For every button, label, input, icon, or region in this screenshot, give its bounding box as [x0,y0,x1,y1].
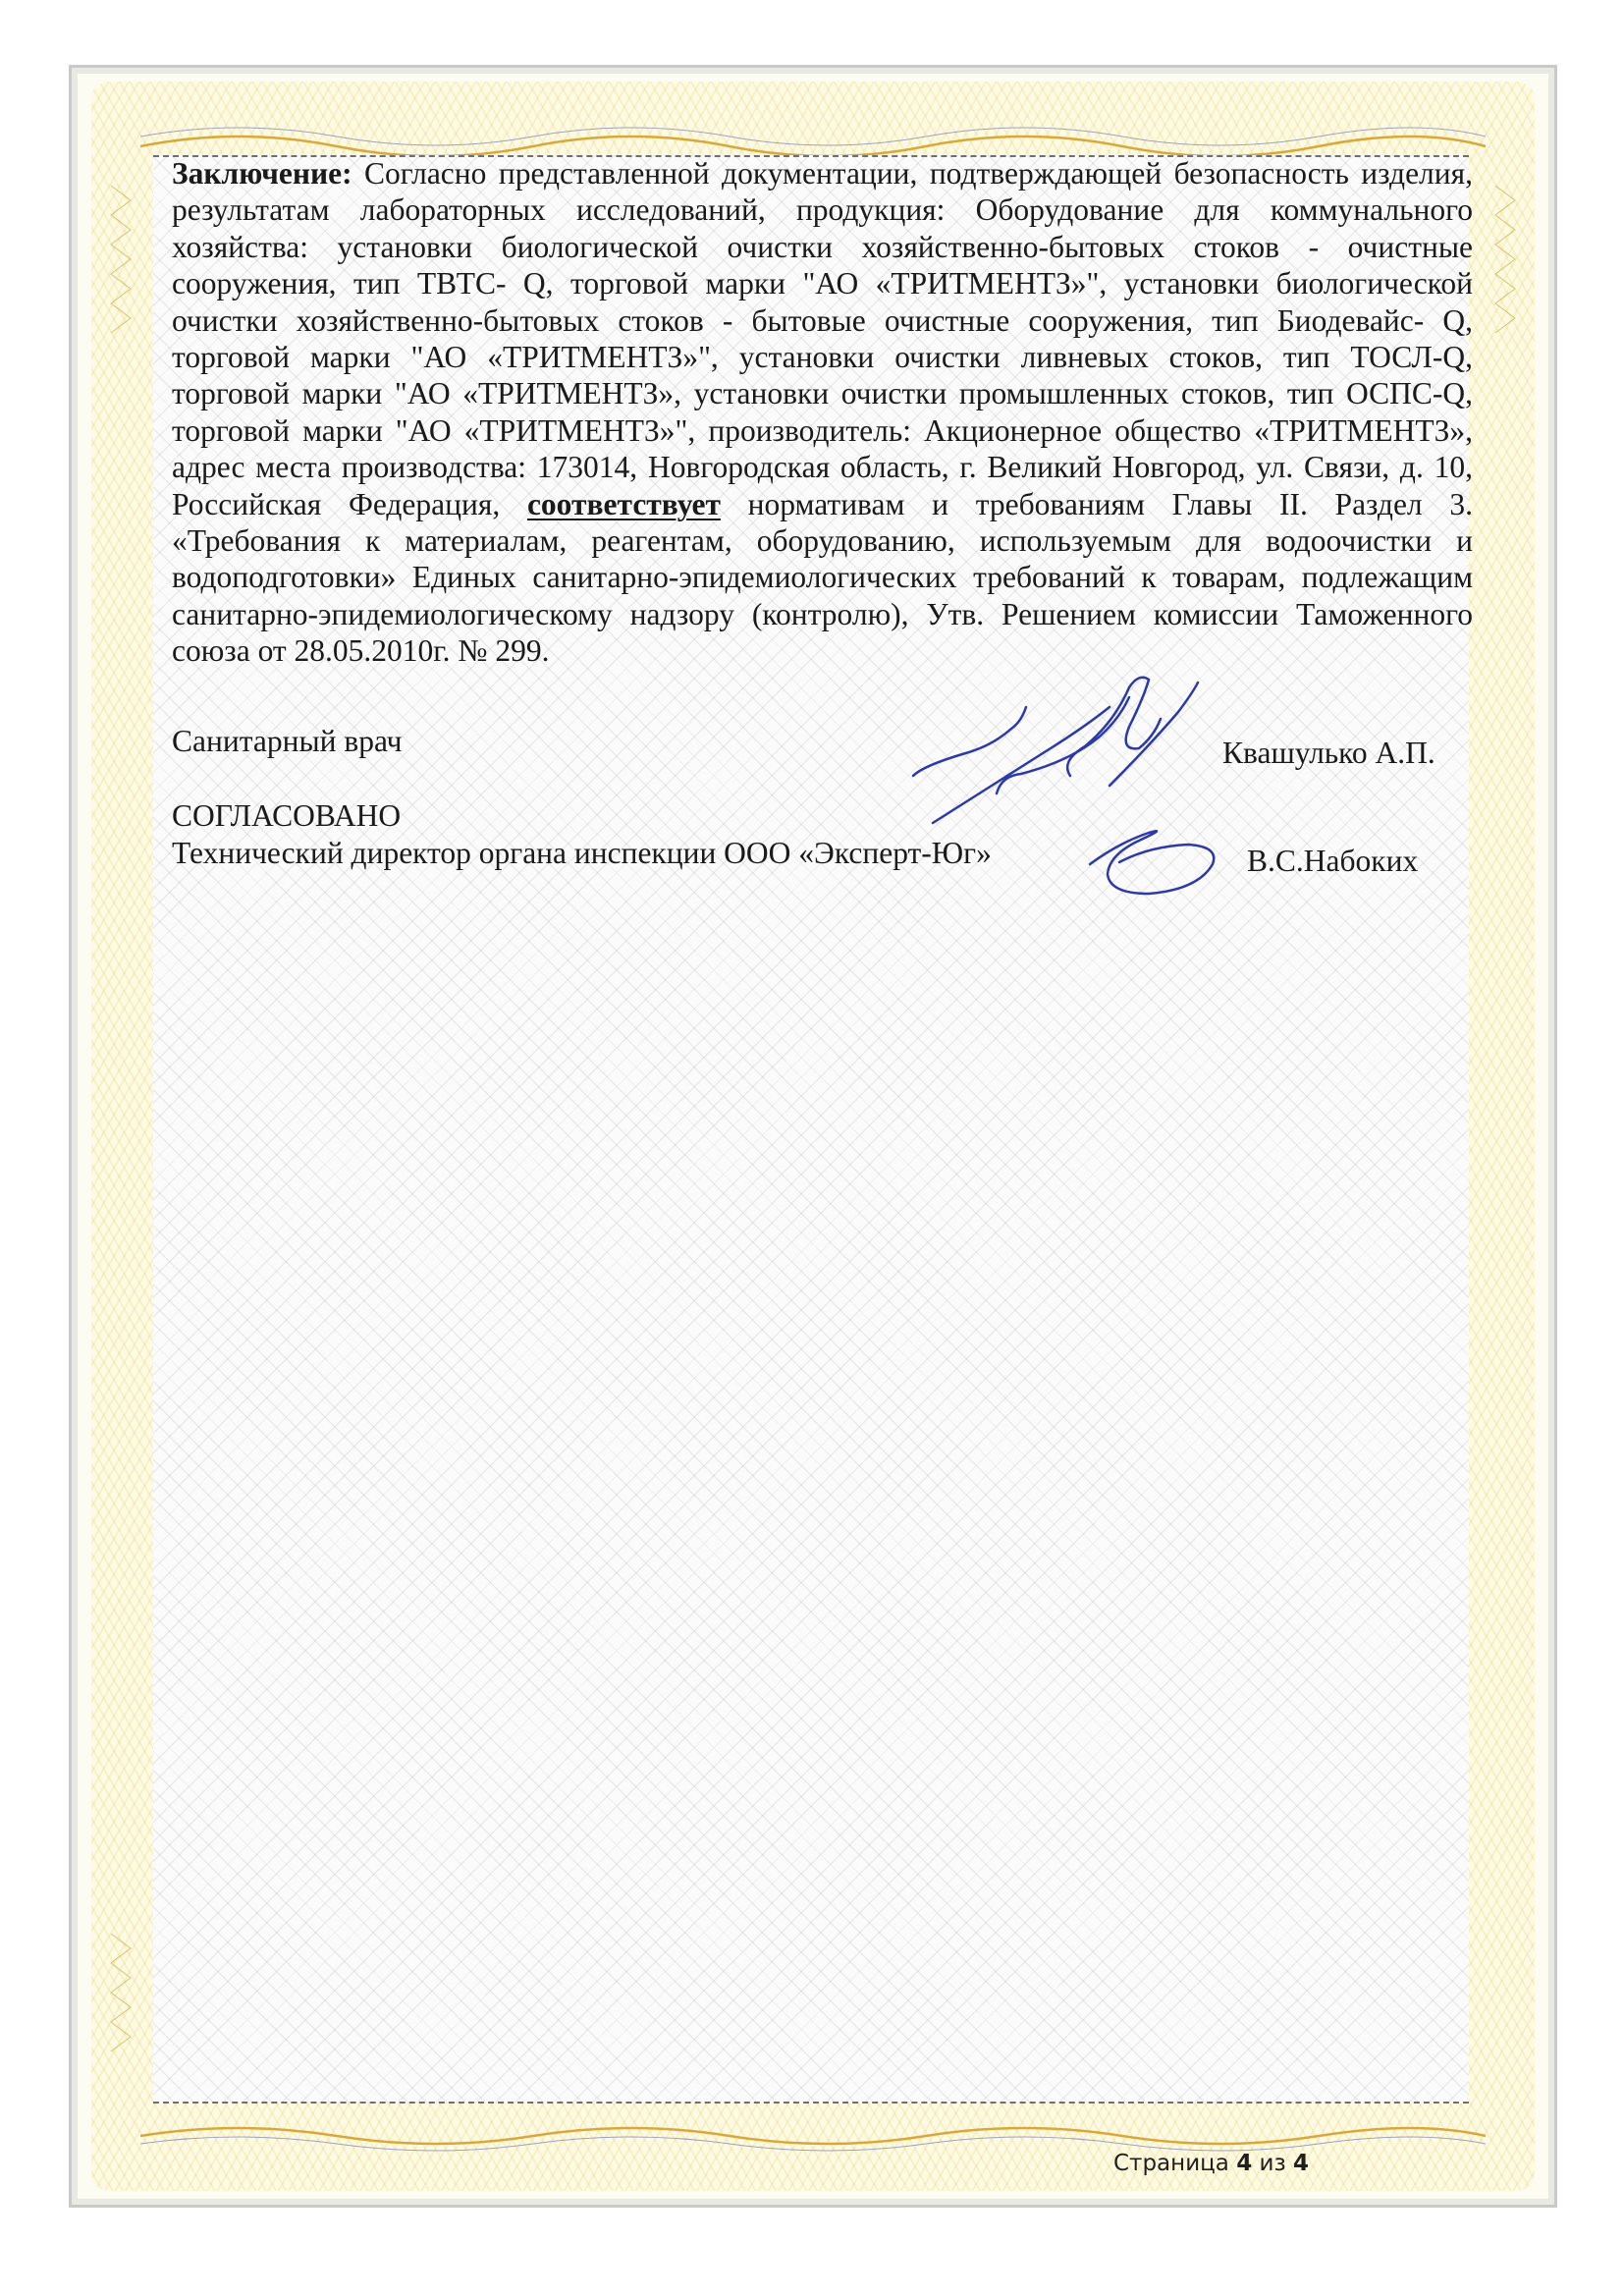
approval-label: СОГЛАСОВАНО [172,797,401,834]
technical-director-role: Технический директор органа инспекции ОО… [172,835,992,871]
page-word: Страница [1113,2151,1229,2176]
conclusion-paragraph: Заключение: Согласно представленной доку… [172,155,1473,670]
total-pages-number: 4 [1293,2151,1309,2176]
technical-director-name: В.С.Набоких [1247,843,1418,879]
page-number-footer: Страница 4 из 4 [1113,2151,1309,2176]
document-content: Заключение: Согласно представленной доку… [172,155,1473,670]
sanitary-doctor-role: Санитарный врач [172,723,403,759]
conclusion-text-before: Согласно представленной документации, по… [172,156,1473,521]
conclusion-label: Заключение: [172,156,352,191]
sanitary-doctor-name: Квашулько А.П. [1222,735,1435,771]
conformity-verdict: соответствует [527,487,721,521]
current-page-number: 4 [1236,2151,1252,2176]
of-word: из [1260,2151,1286,2176]
